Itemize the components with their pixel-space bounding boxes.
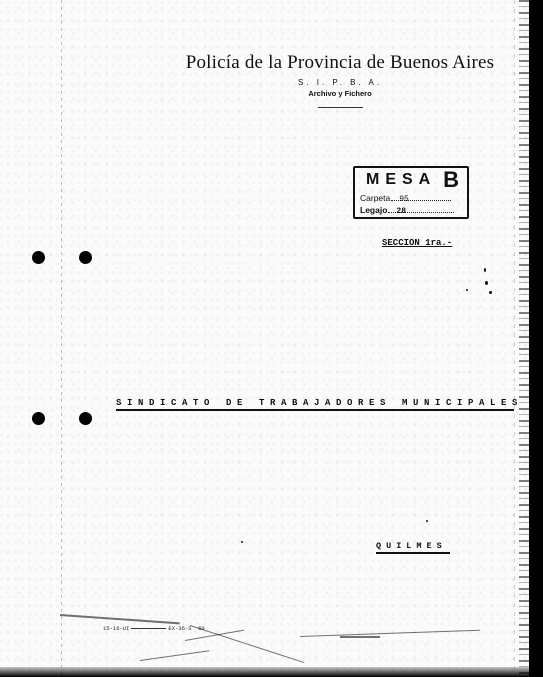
- city-text: QUILMES: [376, 541, 450, 551]
- form-code-mid: EX-36-S: [168, 625, 191, 632]
- crease-mark: [300, 630, 480, 637]
- crease-mark: [60, 614, 180, 624]
- carpeta-row: Carpeta95: [360, 193, 451, 203]
- city-underline: [376, 552, 450, 554]
- section-label: SECCION 1ra.-: [382, 238, 452, 248]
- letterhead: Policía de la Provincia de Buenos Aires …: [180, 52, 500, 108]
- ink-speck: [489, 291, 492, 294]
- form-code-right: 60: [198, 625, 205, 632]
- punch-hole: [32, 412, 45, 425]
- mesa-label: MESA: [366, 171, 436, 189]
- punch-hole: [79, 412, 92, 425]
- letterhead-acronym: S. I. P. B. A.: [180, 78, 500, 87]
- ink-speck: [241, 541, 243, 543]
- ink-speck: [466, 289, 468, 291]
- letterhead-rule: [318, 107, 363, 108]
- mesa-stamp: MESA B Carpeta95 Legajo28: [353, 166, 469, 219]
- ink-speck: [426, 520, 428, 522]
- carpeta-label: Carpeta: [360, 193, 390, 203]
- fold-line-left: [61, 0, 62, 677]
- mesa-letter: B: [443, 167, 459, 193]
- title-underline: [116, 409, 514, 411]
- crease-mark: [340, 636, 380, 638]
- punch-hole: [32, 251, 45, 264]
- organization-title: SINDICATO DE TRABAJADORES MUNICIPALES: [116, 398, 514, 411]
- legajo-label: Legajo: [360, 205, 387, 215]
- crease-mark: [140, 650, 209, 661]
- ink-speck: [485, 281, 488, 285]
- organization-title-text: SINDICATO DE TRABAJADORES MUNICIPALES: [116, 398, 514, 408]
- city-label: QUILMES: [376, 541, 450, 554]
- fold-line-right: [514, 0, 515, 677]
- scan-edge-right: [529, 0, 543, 677]
- form-code: 15-16-UIEX-36-S 60: [103, 625, 205, 632]
- form-code-left: 15-16-UI: [103, 625, 129, 632]
- letterhead-subtitle: Archivo y Fichero: [180, 89, 500, 98]
- legajo-value: 28: [396, 207, 406, 216]
- crease-mark: [190, 625, 304, 663]
- punch-hole: [79, 251, 92, 264]
- ink-speck: [484, 268, 486, 272]
- carpeta-value: 95: [399, 195, 409, 204]
- scan-edge-bottom: [0, 667, 543, 677]
- document-page: Policía de la Provincia de Buenos Aires …: [0, 0, 543, 677]
- legajo-row: Legajo28: [360, 205, 454, 215]
- letterhead-title: Policía de la Provincia de Buenos Aires: [180, 52, 500, 74]
